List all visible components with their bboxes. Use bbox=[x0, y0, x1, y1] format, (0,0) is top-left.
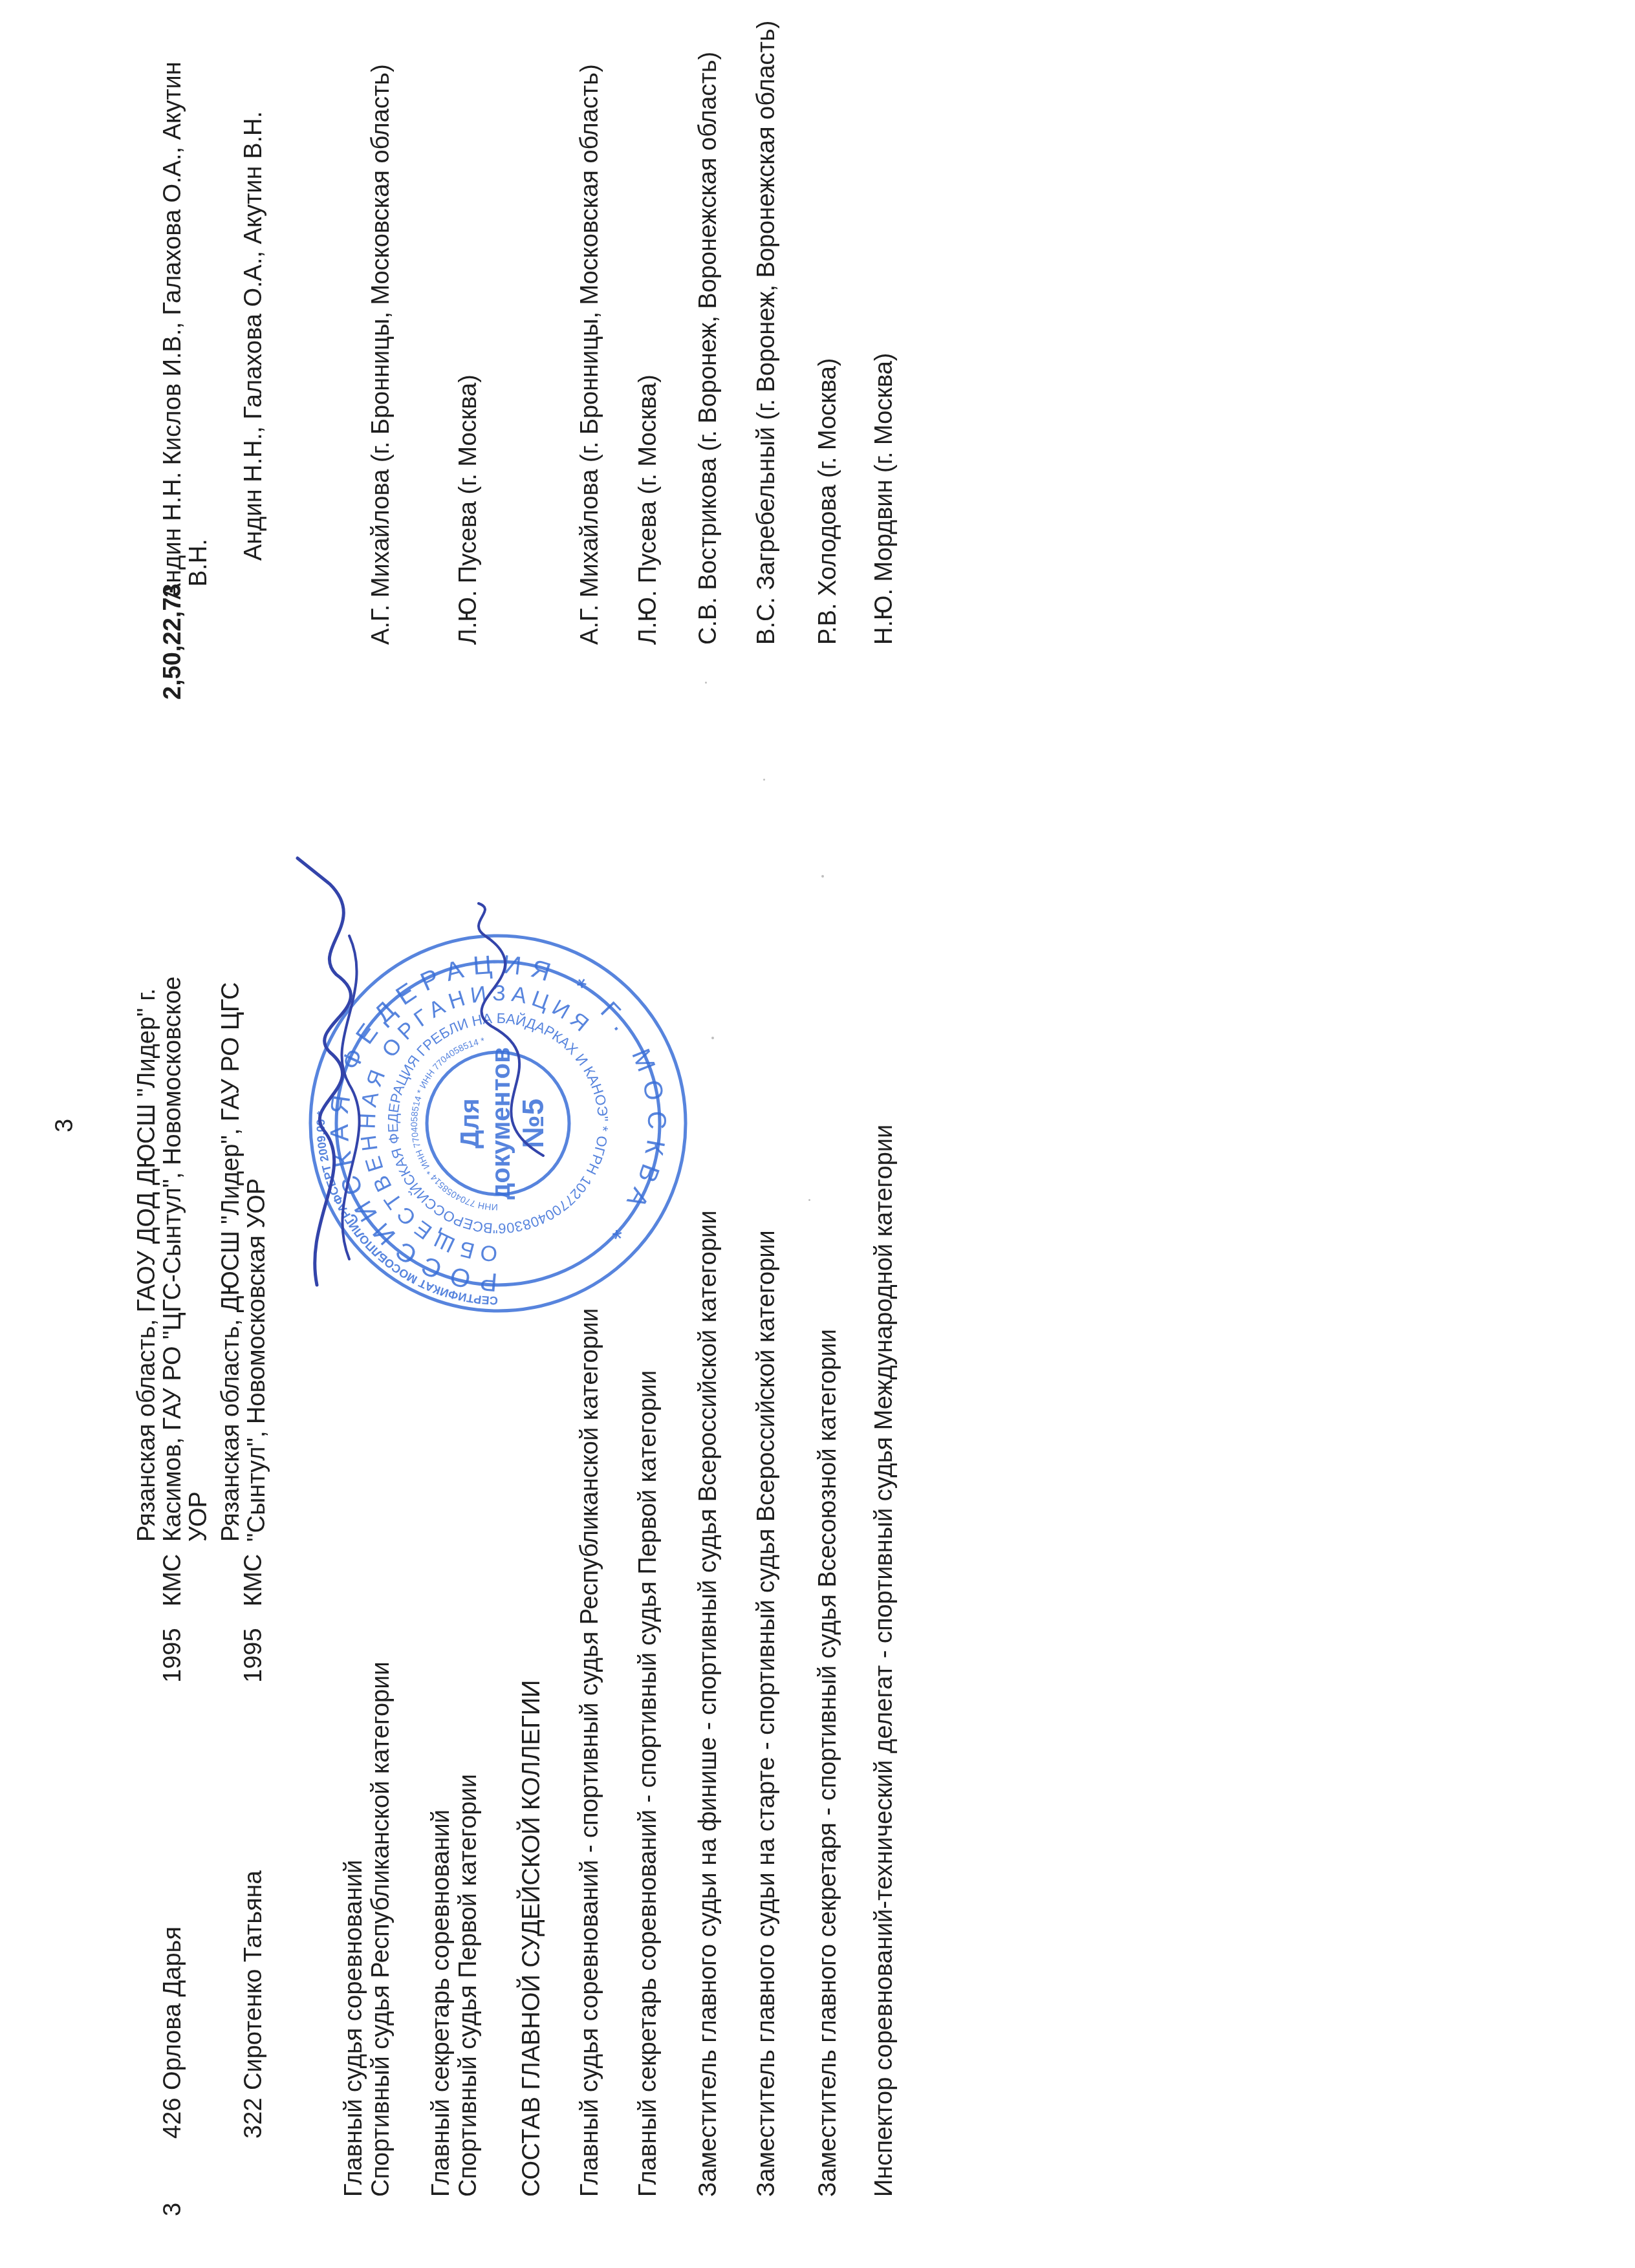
scan-speck bbox=[808, 1199, 810, 1201]
team-line: "Сынтул", Новомосковская УОР bbox=[243, 1178, 271, 1542]
chief-judge-category: Спортивный судья Республиканской категор… bbox=[367, 1661, 395, 2197]
panel-role: Заместитель главного судьи на старте - с… bbox=[752, 1230, 781, 2197]
place: 3 bbox=[158, 2203, 187, 2216]
panel-role: Главный судья соревнований - спортивный … bbox=[576, 1308, 604, 2197]
chief-judge-signature-name: А.Г. Михайлова (г. Бронницы, Московская … bbox=[367, 64, 395, 645]
sport-rank: КМС bbox=[158, 1554, 187, 1606]
coaches-line: Андин Н.Н. Кислов И.В., Галахова О.А., А… bbox=[158, 61, 187, 599]
panel-person: А.Г. Михайлова (г. Бронницы, Московская … bbox=[576, 64, 604, 645]
athlete-name: Сиротенко Татьяна bbox=[239, 1870, 268, 2090]
scan-speck bbox=[763, 779, 765, 781]
birth-year: 1995 bbox=[158, 1628, 187, 1683]
team-line: УОР bbox=[184, 1491, 213, 1542]
sport-rank: КМС bbox=[239, 1554, 268, 1606]
coaches-line: Андин Н.Н., Галахова О.А., Акутин В.Н. bbox=[239, 111, 268, 561]
team-line: Касимов, ГАУ РО "ЦГС-Сынтул", Новомосков… bbox=[158, 977, 187, 1542]
team-line: Рязанская область, ГАОУ ДОД ДЮСШ "Лидер"… bbox=[133, 988, 161, 1542]
chief-secretary-category: Спортивный судья Первой категории bbox=[454, 1774, 482, 2197]
team-line: Рязанская область, ДЮСШ "Лидер", ГАУ РО … bbox=[217, 982, 245, 1542]
panel-role: Заместитель главного секретаря - спортив… bbox=[814, 1329, 842, 2197]
chief-secretary-signature-name: Л.Ю. Пусева (г. Москва) bbox=[454, 374, 482, 645]
scan-speck bbox=[711, 1037, 714, 1039]
panel-role: Главный секретарь соревнований - спортив… bbox=[634, 1370, 662, 2197]
scan-speck bbox=[821, 875, 824, 878]
signature-icon bbox=[440, 897, 582, 1169]
panel-person: С.В. Вострикова (г. Воронеж, Воронежская… bbox=[694, 52, 722, 645]
birth-year: 1995 bbox=[239, 1628, 268, 1683]
document-page: 3 3 426 Орлова Дарья 1995 КМС Рязанская … bbox=[0, 0, 1635, 2268]
panel-person: Р.В. Холодова (г. Москва) bbox=[814, 358, 842, 645]
scan-speck bbox=[705, 682, 707, 684]
panel-person: В.С. Загребельный (г. Воронеж, Воронежск… bbox=[752, 21, 781, 645]
coaches-line: В.Н. bbox=[184, 539, 213, 587]
panel-heading: СОСТАВ ГЛАВНОЙ СУДЕЙСКОЙ КОЛЛЕГИИ bbox=[517, 1680, 546, 2197]
page-number: 3 bbox=[50, 1119, 79, 1132]
panel-person: Н.Ю. Мордвин (г. Москва) bbox=[870, 353, 898, 645]
chief-secretary-title: Главный секретарь соревнований bbox=[427, 1809, 455, 2197]
athlete-name: Орлова Дарья bbox=[158, 1927, 187, 2090]
panel-person: Л.Ю. Пусева (г. Москва) bbox=[634, 374, 662, 645]
bib-number: 426 bbox=[158, 2098, 187, 2139]
bib-number: 322 bbox=[239, 2098, 268, 2139]
panel-role: Инспектор соревнований-технический делег… bbox=[870, 1125, 898, 2197]
chief-judge-title: Главный судья соревнований bbox=[340, 1860, 368, 2197]
result-time: 2,50,22,73 bbox=[158, 583, 187, 700]
panel-role: Заместитель главного судьи на финише - с… bbox=[694, 1210, 722, 2197]
